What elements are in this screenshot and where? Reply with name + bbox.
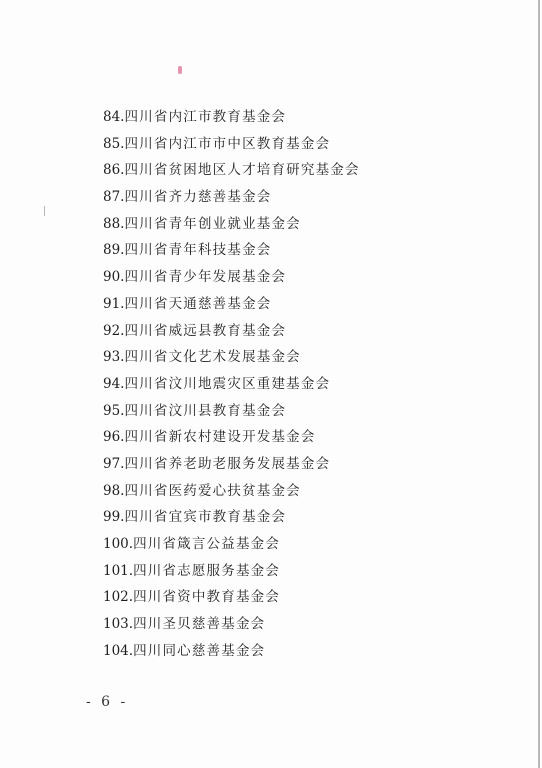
item-number: 104.	[103, 638, 133, 665]
item-number: 103.	[103, 611, 133, 638]
item-number: 96.	[103, 424, 124, 451]
list-item: 99.四川省宜宾市教育基金会	[103, 504, 360, 531]
item-number: 87.	[103, 184, 124, 211]
item-number: 97.	[103, 451, 124, 478]
item-name: 四川圣贝慈善基金会	[133, 616, 265, 632]
item-number: 93.	[103, 344, 124, 371]
list-item: 101.四川省志愿服务基金会	[103, 558, 360, 585]
item-number: 86.	[103, 157, 124, 184]
item-name: 四川省内江市教育基金会	[124, 109, 286, 125]
item-name: 四川省青少年发展基金会	[124, 269, 286, 285]
list-item: 84.四川省内江市教育基金会	[103, 104, 360, 131]
list-item: 100.四川省箴言公益基金会	[103, 531, 360, 558]
list-item: 85.四川省内江市市中区教育基金会	[103, 131, 360, 158]
list-item: 97.四川省养老助老服务发展基金会	[103, 451, 360, 478]
list-item: 95.四川省汶川县教育基金会	[103, 398, 360, 425]
list-item: 93.四川省文化艺术发展基金会	[103, 344, 360, 371]
item-name: 四川省志愿服务基金会	[133, 563, 280, 579]
item-name: 四川省汶川县教育基金会	[124, 403, 286, 419]
item-name: 四川省新农村建设开发基金会	[124, 429, 315, 445]
list-item: 91.四川省天通慈善基金会	[103, 291, 360, 318]
list-item: 88.四川省青年创业就业基金会	[103, 211, 360, 238]
item-name: 四川省文化艺术发展基金会	[124, 349, 300, 365]
list-item: 103.四川圣贝慈善基金会	[103, 611, 360, 638]
list-item: 90.四川省青少年发展基金会	[103, 264, 360, 291]
document-page: 84.四川省内江市教育基金会 85.四川省内江市市中区教育基金会 86.四川省贫…	[0, 0, 542, 768]
item-name: 四川省贫困地区人才培育研究基金会	[124, 162, 359, 178]
item-number: 101.	[103, 558, 133, 585]
list-item: 104.四川同心慈善基金会	[103, 638, 360, 665]
item-number: 95.	[103, 398, 124, 425]
item-name: 四川省箴言公益基金会	[133, 536, 280, 552]
item-number: 98.	[103, 478, 124, 505]
item-name: 四川同心慈善基金会	[133, 643, 265, 659]
item-name: 四川省汶川地震灾区重建基金会	[124, 376, 330, 392]
item-name: 四川省内江市市中区教育基金会	[124, 136, 330, 152]
list-item: 86.四川省贫困地区人才培育研究基金会	[103, 157, 360, 184]
list-item: 89.四川省青年科技基金会	[103, 237, 360, 264]
list-item: 102.四川省资中教育基金会	[103, 584, 360, 611]
item-number: 102.	[103, 584, 133, 611]
margin-mark	[44, 206, 45, 216]
item-number: 91.	[103, 291, 124, 318]
page-edge-shadow	[538, 0, 540, 768]
item-number: 84.	[103, 104, 124, 131]
item-name: 四川省宜宾市教育基金会	[124, 509, 286, 525]
item-number: 88.	[103, 211, 124, 238]
item-name: 四川省齐力慈善基金会	[124, 189, 271, 205]
item-name: 四川省医药爱心扶贫基金会	[124, 483, 300, 499]
list-item: 92.四川省威远县教育基金会	[103, 318, 360, 345]
item-number: 94.	[103, 371, 124, 398]
item-name: 四川省天通慈善基金会	[124, 296, 271, 312]
item-name: 四川省养老助老服务发展基金会	[124, 456, 330, 472]
item-name: 四川省青年创业就业基金会	[124, 216, 300, 232]
list-item: 96.四川省新农村建设开发基金会	[103, 424, 360, 451]
item-name: 四川省资中教育基金会	[133, 589, 280, 605]
item-number: 100.	[103, 531, 133, 558]
page-number: - 6 -	[86, 694, 128, 710]
item-number: 99.	[103, 504, 124, 531]
item-number: 92.	[103, 318, 124, 345]
foundation-list: 84.四川省内江市教育基金会 85.四川省内江市市中区教育基金会 86.四川省贫…	[103, 104, 360, 664]
list-item: 98.四川省医药爱心扶贫基金会	[103, 478, 360, 505]
item-number: 85.	[103, 131, 124, 158]
red-ink-mark	[178, 66, 182, 74]
list-item: 94.四川省汶川地震灾区重建基金会	[103, 371, 360, 398]
item-name: 四川省威远县教育基金会	[124, 323, 286, 339]
item-number: 90.	[103, 264, 124, 291]
item-number: 89.	[103, 237, 124, 264]
list-item: 87.四川省齐力慈善基金会	[103, 184, 360, 211]
item-name: 四川省青年科技基金会	[124, 242, 271, 258]
